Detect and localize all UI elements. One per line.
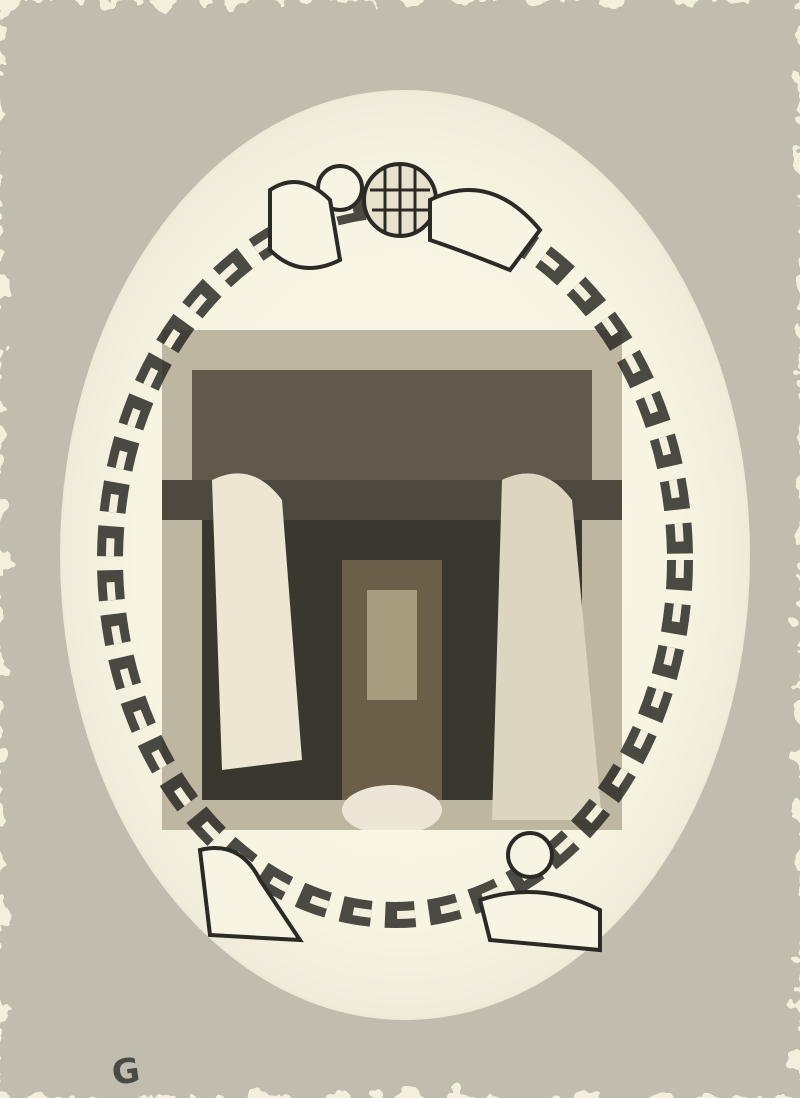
holly-wreath-frame bbox=[0, 0, 800, 1098]
cherubs-bottom bbox=[200, 833, 600, 950]
cherubs-with-globe bbox=[270, 164, 540, 270]
artwork-page: G bbox=[0, 0, 800, 1098]
artist-signature: G bbox=[109, 1050, 142, 1093]
